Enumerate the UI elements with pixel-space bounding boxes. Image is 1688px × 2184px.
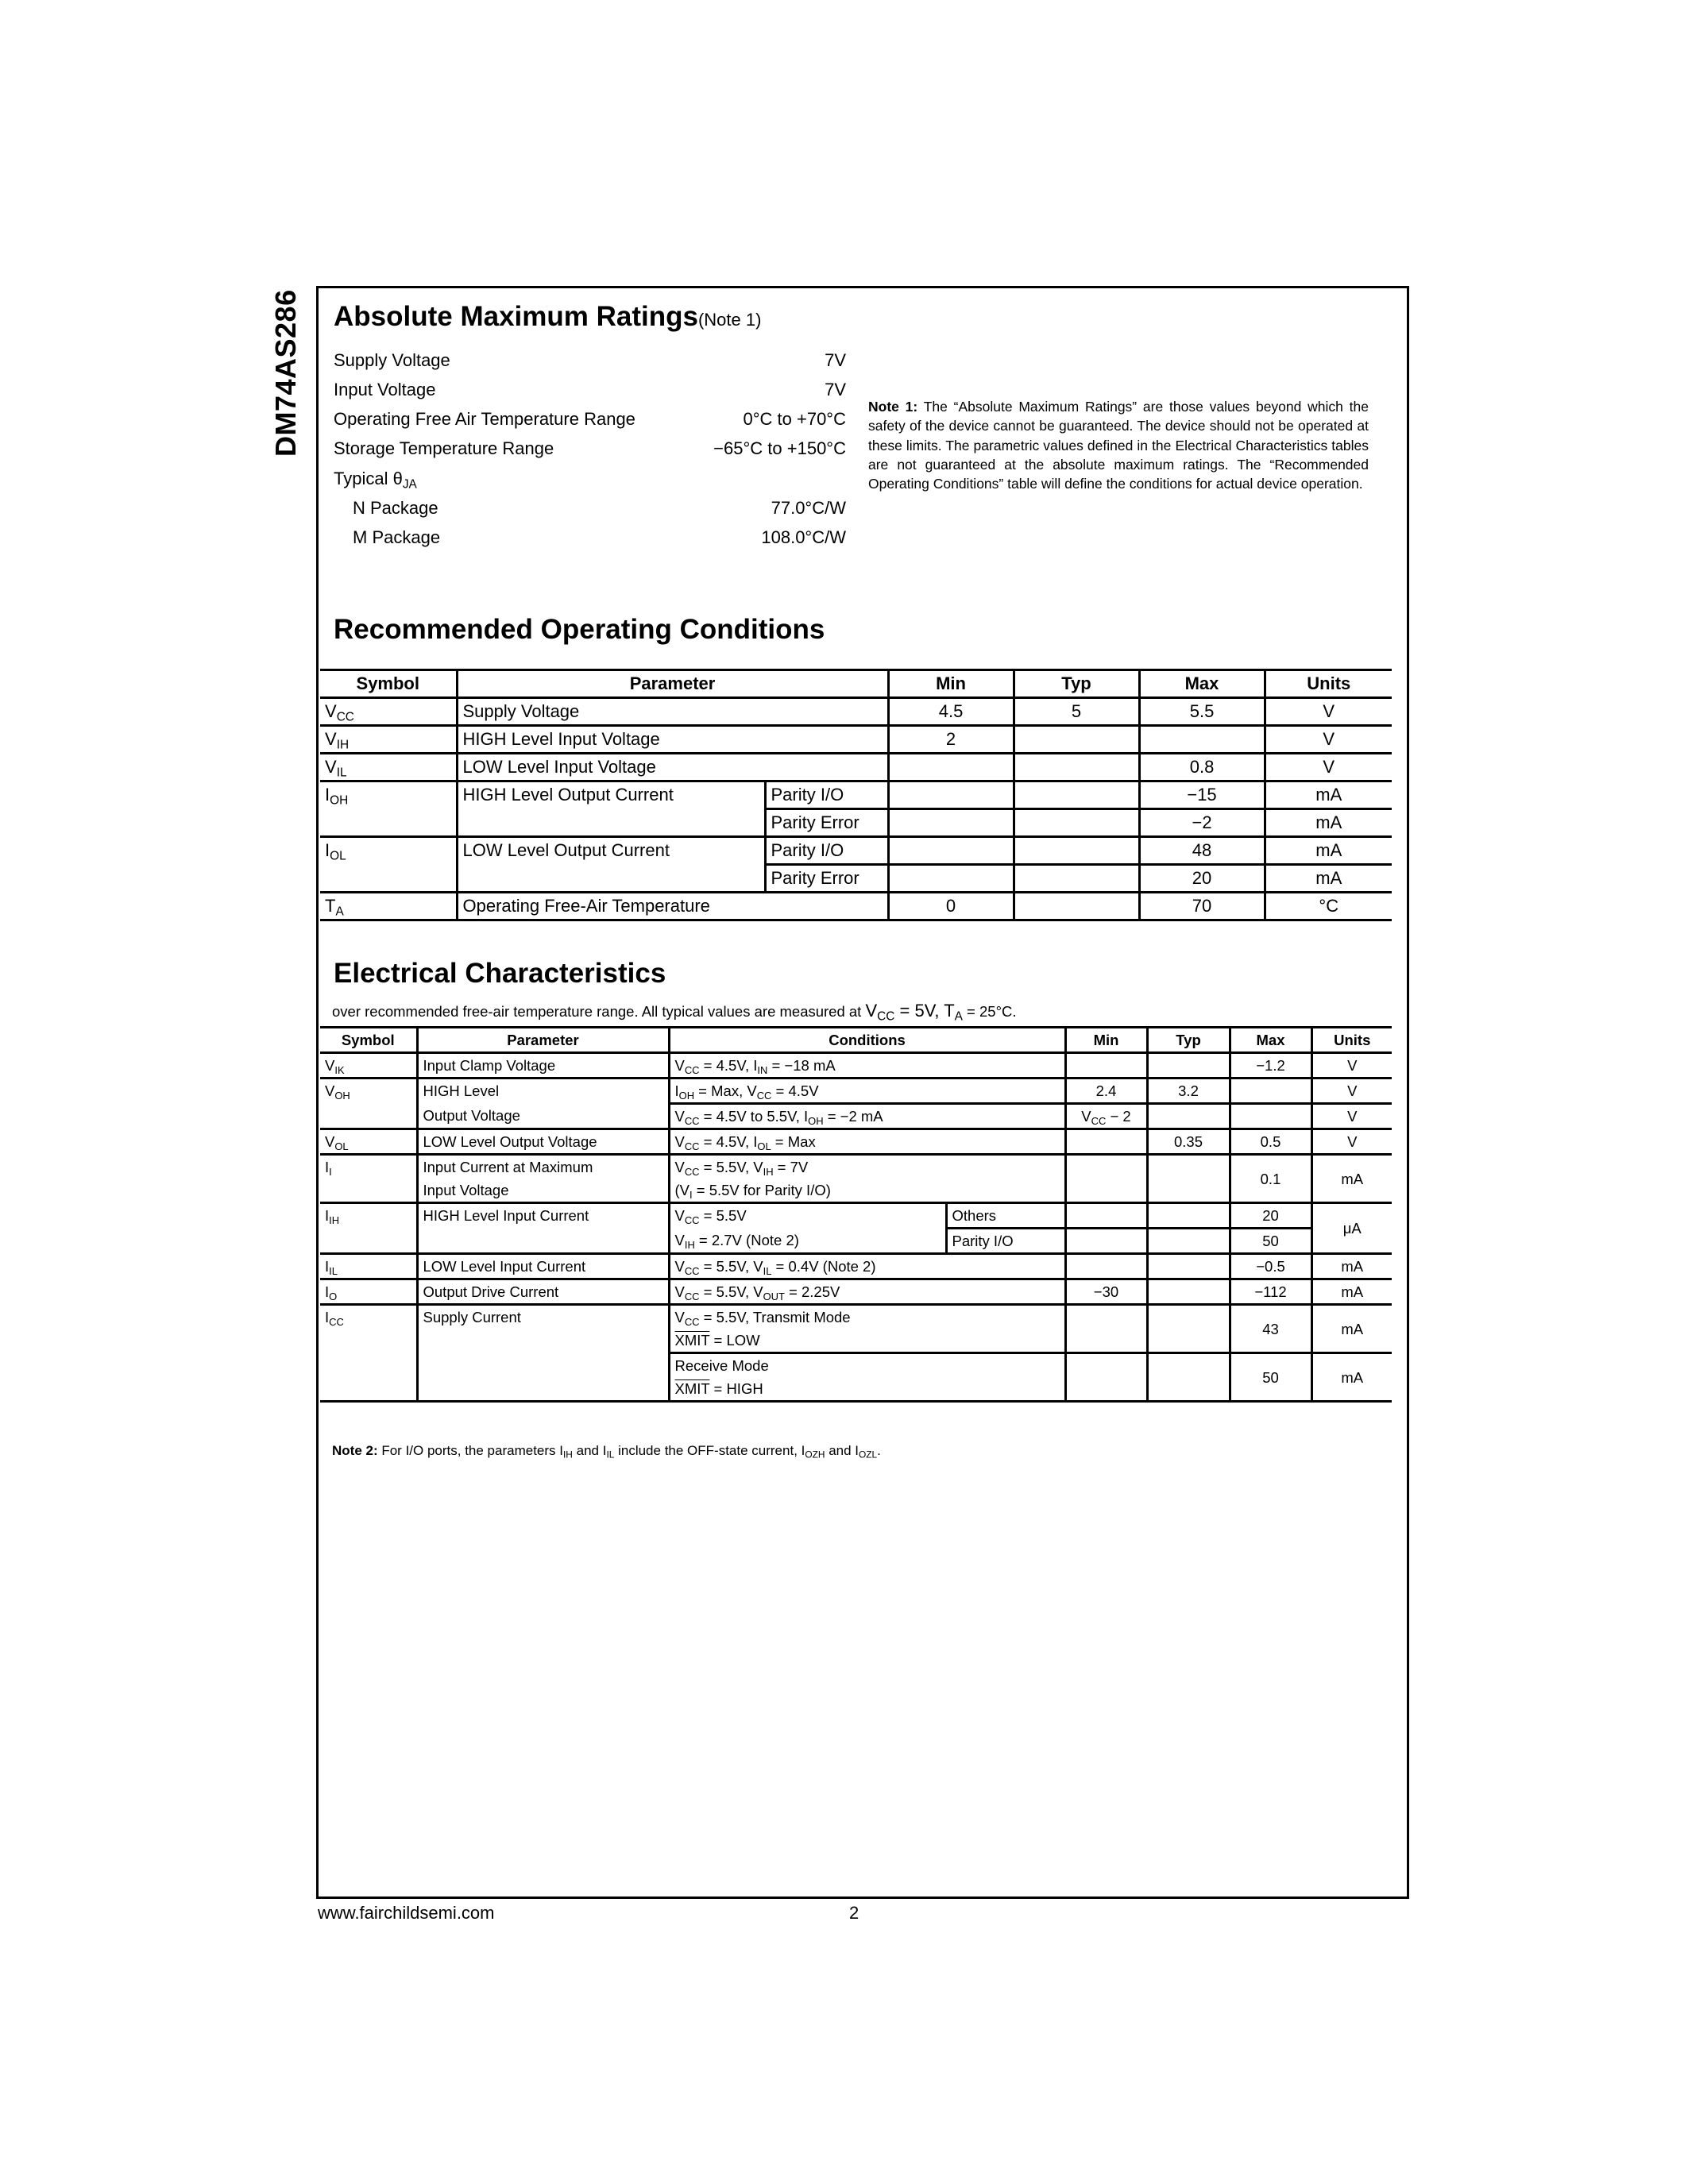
- ec-conditions: VCC = 5.5V: [669, 1203, 946, 1229]
- ec-typ: [1147, 1279, 1230, 1305]
- ec-subtitle-mid: = 5V,: [894, 1001, 944, 1021]
- roc-parameter: LOW Level Output Current: [457, 837, 765, 893]
- ec-typ: 3.2: [1147, 1078, 1230, 1104]
- ec-table: Symbol Parameter Conditions Min Typ Max …: [320, 1026, 1392, 1403]
- ec-typ: [1147, 1053, 1230, 1078]
- ec-min: −30: [1065, 1279, 1147, 1305]
- roc-condition: Parity Error: [765, 809, 888, 837]
- footer-url[interactable]: www.fairchildsemi.com: [318, 1904, 495, 1922]
- ec-row: IIInput Current at MaximumVCC = 5.5V, VI…: [320, 1155, 1392, 1179]
- amr-title: Absolute Maximum Ratings(Note 1): [334, 303, 761, 330]
- ec-conditions: VCC = 4.5V to 5.5V, IOH = −2 mA: [669, 1104, 1065, 1129]
- ec-min: 2.4: [1065, 1078, 1147, 1104]
- roc-typ: [1014, 837, 1139, 865]
- roc-max: [1139, 726, 1265, 754]
- part-number-vertical: DM74AS286: [272, 289, 300, 457]
- roc-header-symbol: Symbol: [320, 670, 457, 698]
- ec-min: [1065, 1203, 1147, 1229]
- ec-symbol: VIK: [320, 1053, 417, 1078]
- amr-row-label: M Package: [334, 529, 440, 546]
- ec-symbol: IIL: [320, 1254, 417, 1279]
- ec-units: mA: [1311, 1305, 1392, 1353]
- ec-row: IILLOW Level Input CurrentVCC = 5.5V, VI…: [320, 1254, 1392, 1279]
- ec-header-conditions: Conditions: [669, 1028, 1065, 1053]
- ec-conditions: (VI = 5.5V for Parity I/O): [669, 1179, 1065, 1203]
- amr-row-value: 77.0°C/W: [771, 500, 846, 517]
- roc-header-row: Symbol Parameter Min Typ Max Units: [320, 670, 1392, 698]
- ec-subtitle-ta: T: [944, 1001, 954, 1021]
- ec-min: [1065, 1155, 1147, 1203]
- ec-max: 0.1: [1230, 1155, 1311, 1203]
- amr-row-label: Input Voltage: [334, 381, 435, 399]
- roc-units: V: [1265, 726, 1392, 754]
- amr-row-label: Storage Temperature Range: [334, 440, 554, 457]
- page-number: 2: [849, 1904, 859, 1922]
- roc-units: mA: [1265, 837, 1392, 865]
- ec-title: Electrical Characteristics: [334, 959, 666, 987]
- ec-row: IIHHIGH Level Input CurrentVCC = 5.5VOth…: [320, 1203, 1392, 1229]
- ec-min: [1065, 1053, 1147, 1078]
- ec-typ: [1147, 1203, 1230, 1229]
- ec-typ: [1147, 1353, 1230, 1402]
- ec-units: mA: [1311, 1155, 1392, 1203]
- ec-max: 50: [1230, 1353, 1311, 1402]
- roc-header-parameter: Parameter: [457, 670, 888, 698]
- ec-row: VIKInput Clamp VoltageVCC = 4.5V, IIN = …: [320, 1053, 1392, 1078]
- roc-row: VILLOW Level Input Voltage0.8V: [320, 754, 1392, 781]
- ec-units: μA: [1311, 1203, 1392, 1254]
- amr-row-label: Supply Voltage: [334, 352, 450, 369]
- ec-header-row: Symbol Parameter Conditions Min Typ Max …: [320, 1028, 1392, 1053]
- ec-parameter: Input Clamp Voltage: [417, 1053, 669, 1078]
- roc-max: 20: [1139, 865, 1265, 893]
- roc-row: VCCSupply Voltage4.555.5V: [320, 698, 1392, 726]
- ec-symbol: II: [320, 1155, 417, 1203]
- ec-subcondition: Parity I/O: [946, 1229, 1065, 1254]
- roc-condition: Parity I/O: [765, 781, 888, 809]
- note-2-text: For I/O ports, the parameters IIH and II…: [378, 1443, 881, 1458]
- ec-conditions: Receive Mode: [669, 1353, 1065, 1378]
- roc-units: °C: [1265, 893, 1392, 920]
- roc-header-units: Units: [1265, 670, 1392, 698]
- amr-row-label: N Package: [334, 500, 438, 517]
- roc-symbol: VIH: [320, 726, 457, 754]
- roc-min: [888, 781, 1014, 809]
- roc-min: 0: [888, 893, 1014, 920]
- roc-min: [888, 837, 1014, 865]
- ec-header-units: Units: [1311, 1028, 1392, 1053]
- roc-max: 5.5: [1139, 698, 1265, 726]
- roc-typ: [1014, 726, 1139, 754]
- ec-parameter: Output Voltage: [417, 1104, 669, 1129]
- roc-parameter: Operating Free-Air Temperature: [457, 893, 888, 920]
- ec-subtitle: over recommended free-air temperature ra…: [332, 1002, 1016, 1020]
- roc-units: mA: [1265, 865, 1392, 893]
- ec-conditions: VIH = 2.7V (Note 2): [669, 1229, 946, 1254]
- ec-typ: [1147, 1254, 1230, 1279]
- ec-conditions: VCC = 5.5V, VIL = 0.4V (Note 2): [669, 1254, 1065, 1279]
- ec-symbol: VOL: [320, 1129, 417, 1155]
- ec-parameter: Supply Current: [417, 1305, 669, 1402]
- ec-conditions: VCC = 5.5V, Transmit Mode: [669, 1305, 1065, 1329]
- ec-symbol: IO: [320, 1279, 417, 1305]
- ec-parameter: HIGH Level: [417, 1078, 669, 1104]
- ec-max: [1230, 1104, 1311, 1129]
- amr-row-value: 7V: [825, 381, 846, 399]
- roc-row: VIHHIGH Level Input Voltage2V: [320, 726, 1392, 754]
- ec-typ: 0.35: [1147, 1129, 1230, 1155]
- roc-typ: [1014, 809, 1139, 837]
- ec-min: [1065, 1305, 1147, 1353]
- amr-row: M Package108.0°C/W: [334, 529, 846, 546]
- ec-subtitle-post: = 25°C.: [963, 1003, 1017, 1020]
- ec-subtitle-vcc: V: [865, 1001, 877, 1021]
- roc-typ: 5: [1014, 698, 1139, 726]
- ec-subtitle-text: over recommended free-air temperature ra…: [332, 1003, 865, 1020]
- roc-typ: [1014, 781, 1139, 809]
- note-2-label: Note 2:: [332, 1443, 378, 1458]
- roc-parameter: LOW Level Input Voltage: [457, 754, 888, 781]
- roc-header-min: Min: [888, 670, 1014, 698]
- ec-max: 43: [1230, 1305, 1311, 1353]
- amr-note-ref: (Note 1): [698, 310, 761, 330]
- ec-conditions: VCC = 4.5V, IIN = −18 mA: [669, 1053, 1065, 1078]
- ec-conditions: IOH = Max, VCC = 4.5V: [669, 1078, 1065, 1104]
- ec-header-min: Min: [1065, 1028, 1147, 1053]
- roc-max: 70: [1139, 893, 1265, 920]
- roc-condition: Parity Error: [765, 865, 888, 893]
- roc-typ: [1014, 865, 1139, 893]
- ec-symbol: ICC: [320, 1305, 417, 1402]
- amr-title-text: Absolute Maximum Ratings: [334, 301, 698, 332]
- ec-row: VOLLOW Level Output VoltageVCC = 4.5V, I…: [320, 1129, 1392, 1155]
- ec-max: −1.2: [1230, 1053, 1311, 1078]
- ec-row: VOHHIGH LevelIOH = Max, VCC = 4.5V2.43.2…: [320, 1078, 1392, 1104]
- note-1-label: Note 1:: [868, 399, 917, 415]
- ec-min: [1065, 1353, 1147, 1402]
- ec-units: V: [1311, 1104, 1392, 1129]
- amr-row-value: 0°C to +70°C: [744, 411, 847, 428]
- roc-units: mA: [1265, 809, 1392, 837]
- roc-max: 0.8: [1139, 754, 1265, 781]
- roc-max: 48: [1139, 837, 1265, 865]
- ec-typ: [1147, 1305, 1230, 1353]
- ec-parameter: Input Current at Maximum: [417, 1155, 669, 1179]
- note-2: Note 2: For I/O ports, the parameters II…: [332, 1444, 881, 1457]
- ec-max: −0.5: [1230, 1254, 1311, 1279]
- roc-typ: [1014, 754, 1139, 781]
- note-1-text: The “Absolute Maximum Ratings” are those…: [868, 399, 1369, 492]
- amr-row-label: Typical θJA: [334, 470, 417, 488]
- roc-symbol: IOH: [320, 781, 457, 837]
- roc-parameter: Supply Voltage: [457, 698, 888, 726]
- ec-subcondition: Others: [946, 1203, 1065, 1229]
- roc-units: V: [1265, 698, 1392, 726]
- ec-row: IOOutput Drive CurrentVCC = 5.5V, VOUT =…: [320, 1279, 1392, 1305]
- ec-units: mA: [1311, 1279, 1392, 1305]
- roc-table: Symbol Parameter Min Typ Max Units VCCSu…: [320, 669, 1392, 921]
- amr-row-value: 108.0°C/W: [761, 529, 846, 546]
- amr-row-label: Operating Free Air Temperature Range: [334, 411, 635, 428]
- roc-symbol: VCC: [320, 698, 457, 726]
- ec-typ: [1147, 1155, 1230, 1203]
- ec-header-symbol: Symbol: [320, 1028, 417, 1053]
- ec-header-parameter: Parameter: [417, 1028, 669, 1053]
- ec-subtitle-vcc-sub: CC: [877, 1010, 894, 1024]
- roc-max: −2: [1139, 809, 1265, 837]
- ec-subtitle-ta-sub: A: [955, 1010, 963, 1024]
- ec-units: V: [1311, 1129, 1392, 1155]
- roc-parameter: HIGH Level Output Current: [457, 781, 765, 837]
- amr-row: Input Voltage7V: [334, 381, 846, 399]
- roc-row: IOHHIGH Level Output CurrentParity I/O−1…: [320, 781, 1392, 809]
- ec-parameter: LOW Level Output Voltage: [417, 1129, 669, 1155]
- amr-row: Operating Free Air Temperature Range0°C …: [334, 411, 846, 428]
- roc-header-typ: Typ: [1014, 670, 1139, 698]
- roc-min: [888, 809, 1014, 837]
- amr-row: N Package77.0°C/W: [334, 500, 846, 517]
- amr-row-value: 7V: [825, 352, 846, 369]
- roc-min: [888, 754, 1014, 781]
- roc-row: IOLLOW Level Output CurrentParity I/O48m…: [320, 837, 1392, 865]
- ec-parameter: LOW Level Input Current: [417, 1254, 669, 1279]
- ec-typ: [1147, 1229, 1230, 1254]
- ec-conditions: VCC = 4.5V, IOL = Max: [669, 1129, 1065, 1155]
- amr-row: Storage Temperature Range−65°C to +150°C: [334, 440, 846, 457]
- ec-conditions: VCC = 5.5V, VOUT = 2.25V: [669, 1279, 1065, 1305]
- amr-row-value: −65°C to +150°C: [713, 440, 846, 457]
- ec-max: −112: [1230, 1279, 1311, 1305]
- ec-parameter: Output Drive Current: [417, 1279, 669, 1305]
- roc-min: [888, 865, 1014, 893]
- ec-min: [1065, 1229, 1147, 1254]
- ec-conditions: VCC = 5.5V, VIH = 7V: [669, 1155, 1065, 1179]
- roc-header-max: Max: [1139, 670, 1265, 698]
- ec-min: [1065, 1254, 1147, 1279]
- ec-row: Output VoltageVCC = 4.5V to 5.5V, IOH = …: [320, 1104, 1392, 1129]
- ec-min: [1065, 1129, 1147, 1155]
- ec-units: mA: [1311, 1353, 1392, 1402]
- roc-title: Recommended Operating Conditions: [334, 615, 825, 643]
- ec-parameter: HIGH Level Input Current: [417, 1203, 669, 1254]
- note-1: Note 1: The “Absolute Maximum Ratings” a…: [868, 397, 1369, 493]
- ec-header-max: Max: [1230, 1028, 1311, 1053]
- roc-typ: [1014, 893, 1139, 920]
- ec-parameter: Input Voltage: [417, 1179, 669, 1203]
- ec-units: mA: [1311, 1254, 1392, 1279]
- roc-units: V: [1265, 754, 1392, 781]
- ec-max: [1230, 1078, 1311, 1104]
- roc-min: 2: [888, 726, 1014, 754]
- ec-symbol: IIH: [320, 1203, 417, 1254]
- roc-symbol: TA: [320, 893, 457, 920]
- ec-conditions: XMIT = HIGH: [669, 1377, 1065, 1402]
- ec-units: V: [1311, 1053, 1392, 1078]
- roc-condition: Parity I/O: [765, 837, 888, 865]
- ec-symbol: VOH: [320, 1078, 417, 1129]
- roc-parameter: HIGH Level Input Voltage: [457, 726, 888, 754]
- ec-max: 50: [1230, 1229, 1311, 1254]
- roc-units: mA: [1265, 781, 1392, 809]
- roc-min: 4.5: [888, 698, 1014, 726]
- ec-min: VCC − 2: [1065, 1104, 1147, 1129]
- roc-symbol: VIL: [320, 754, 457, 781]
- ec-units: V: [1311, 1078, 1392, 1104]
- ec-conditions: XMIT = LOW: [669, 1329, 1065, 1353]
- ec-max: 20: [1230, 1203, 1311, 1229]
- amr-row: Supply Voltage7V: [334, 352, 846, 369]
- ec-row: ICCSupply CurrentVCC = 5.5V, Transmit Mo…: [320, 1305, 1392, 1329]
- roc-symbol: IOL: [320, 837, 457, 893]
- ec-max: 0.5: [1230, 1129, 1311, 1155]
- ec-header-typ: Typ: [1147, 1028, 1230, 1053]
- amr-row: Typical θJA: [334, 470, 846, 488]
- roc-row: TAOperating Free-Air Temperature070°C: [320, 893, 1392, 920]
- roc-max: −15: [1139, 781, 1265, 809]
- ec-typ: [1147, 1104, 1230, 1129]
